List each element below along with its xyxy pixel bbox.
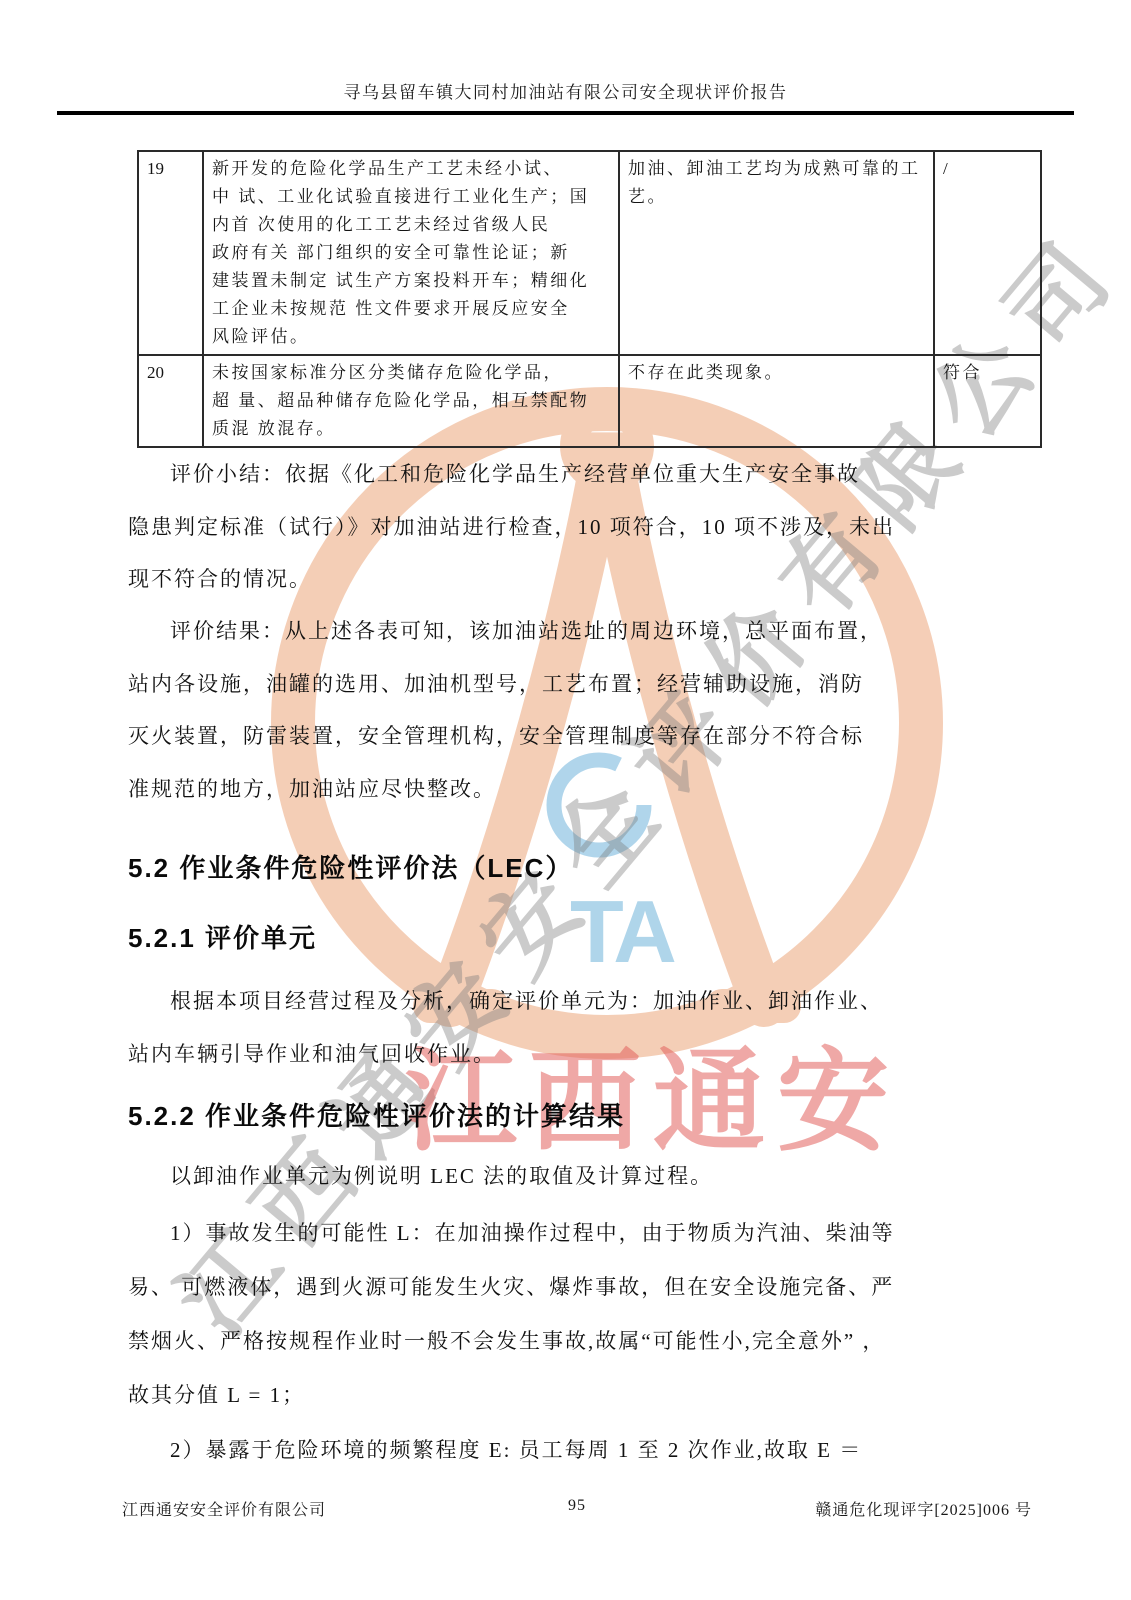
check-item-cell: 未按国家标准分区分类储存危险化学品， 超 量、超品种储存危险化学品，相互禁配物 … <box>203 355 619 447</box>
footer-page-number: 95 <box>425 1497 728 1520</box>
content-layer: 寻乌县留车镇大同村加油站有限公司安全现状评价报告 19 新开发的危险化学品生产工… <box>0 0 1131 1600</box>
table-row: 19 新开发的危险化学品生产工艺未经小试、 中 试、工业化试验直接进行工业化生产… <box>138 151 1041 355</box>
hazard-checklist-table: 19 新开发的危险化学品生产工艺未经小试、 中 试、工业化试验直接进行工业化生产… <box>137 150 1042 448</box>
result-paragraph: 评价结果：从上述各表可知，该加油站选址的周边环境，总平面布置， 站内各设施，油罐… <box>128 605 1005 815</box>
table-row: 20 未按国家标准分区分类储存危险化学品， 超 量、超品种储存危险化学品，相互禁… <box>138 355 1041 447</box>
row-number-cell: 20 <box>138 355 203 447</box>
header-rule <box>57 111 1074 115</box>
row-number-cell: 19 <box>138 151 203 355</box>
page-footer: 江西通安安全评价有限公司 95 赣通危化现评字[2025]006 号 <box>122 1497 1032 1520</box>
section-heading-5-2: 5.2 作业条件危险性评价法（LEC） <box>128 848 573 885</box>
lec-intro-paragraph: 以卸油作业单元为例说明 LEC 法的取值及计算过程。 <box>128 1150 1005 1203</box>
finding-cell: 不存在此类现象。 <box>619 355 934 447</box>
e-factor-paragraph: 2）暴露于危险环境的频繁程度 E: 员工每周 1 至 2 次作业,故取 E ＝ <box>128 1424 1005 1477</box>
section-heading-5-2-2: 5.2.2 作业条件危险性评价法的计算结果 <box>128 1096 625 1133</box>
l-factor-paragraph: 1）事故发生的可能性 L：在加油操作过程中，由于物质为汽油、柴油等 易、 可燃液… <box>128 1206 1005 1422</box>
check-item-cell: 新开发的危险化学品生产工艺未经小试、 中 试、工业化试验直接进行工业化生产；国 … <box>203 151 619 355</box>
evaluation-unit-paragraph: 根据本项目经营过程及分析，确定评价单元为：加油作业、卸油作业、 站内车辆引导作业… <box>128 975 1005 1080</box>
footer-company-name: 江西通安安全评价有限公司 <box>122 1497 425 1520</box>
result-cell: / <box>934 151 1041 355</box>
page-header-title: 寻乌县留车镇大同村加油站有限公司安全现状评价报告 <box>0 78 1131 103</box>
summary-paragraph: 评价小结：依据《化工和危险化学品生产经营单位重大生产安全事故 隐患判定标准（试行… <box>128 448 1005 606</box>
result-cell: 符合 <box>934 355 1041 447</box>
finding-cell: 加油、卸油工艺均为成熟可靠的工 艺。 <box>619 151 934 355</box>
section-heading-5-2-1: 5.2.1 评价单元 <box>128 918 317 955</box>
document-page: TA 江西通安安全评价有限公司 江西通安 寻乌县留车镇大同村加油站有限公司安全现… <box>0 0 1131 1600</box>
footer-doc-number: 赣通危化现评字[2025]006 号 <box>729 1497 1032 1520</box>
